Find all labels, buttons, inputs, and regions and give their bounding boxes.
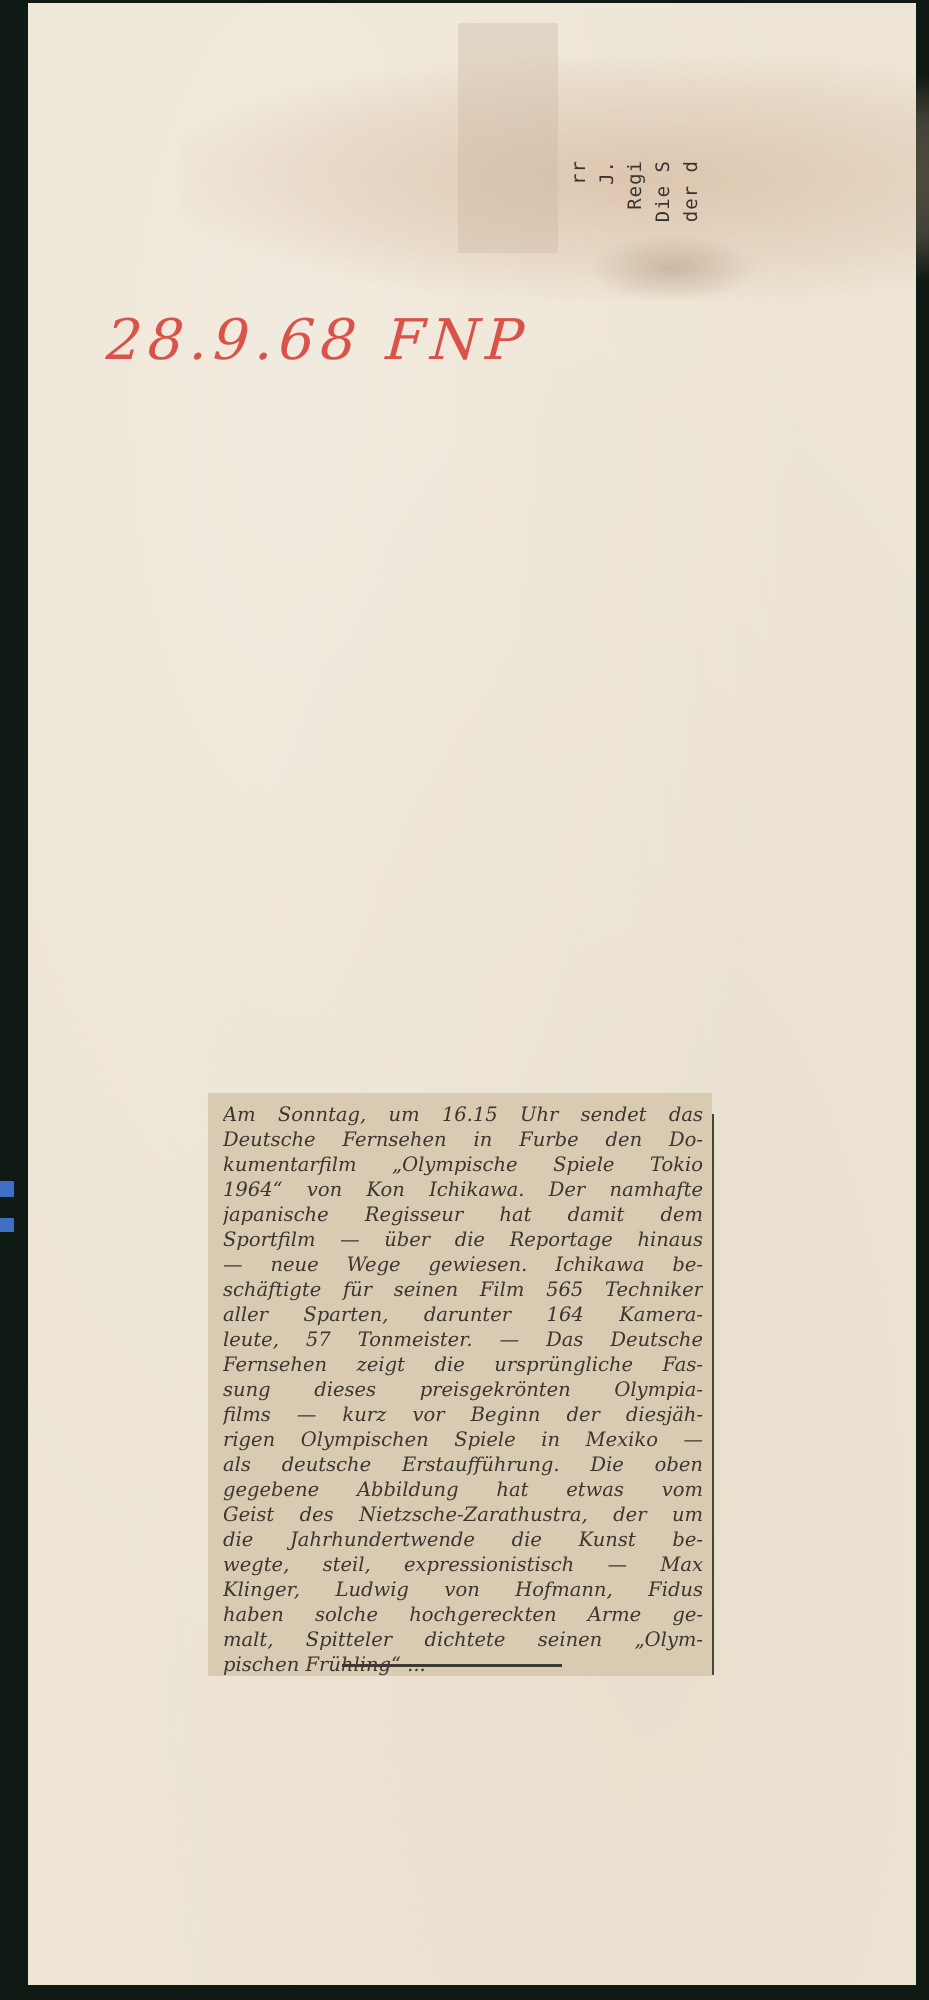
rotated-line: der d — [680, 160, 702, 222]
rotated-line: rr — [568, 160, 590, 185]
clipping-line: Sportfilm — über die Reportage hinaus — [223, 1227, 703, 1252]
clipping-line: sung dieses preisgekrönten Olympia- — [223, 1377, 703, 1402]
clipping-line: malt, Spitteler dichtete seinen „Olym- — [223, 1627, 703, 1652]
clipping-line: gegebene Abbildung hat etwas vom — [223, 1477, 703, 1502]
clipping-body: Am Sonntag, um 16.15 Uhr sendet das Deut… — [223, 1102, 703, 1677]
clipping-line: Am Sonntag, um 16.15 Uhr sendet das — [223, 1102, 703, 1127]
clipping-line: aller Sparten, darunter 164 Kamera- — [223, 1302, 703, 1327]
blue-tab-marker — [0, 1181, 14, 1197]
clipping-line: haben solche hochgereckten Arme ge- — [223, 1602, 703, 1627]
clipping-line: Klinger, Ludwig von Hofmann, Fidus — [223, 1577, 703, 1602]
handwritten-date-note: 28.9.68 FNP — [102, 313, 669, 413]
newspaper-clipping: Am Sonntag, um 16.15 Uhr sendet das Deut… — [209, 1094, 711, 1675]
scan-border — [0, 1985, 929, 2000]
clipping-line: rigen Olympischen Spiele in Mexiko — — [223, 1427, 703, 1452]
blue-tab-marker — [0, 1218, 14, 1232]
clipping-line: leute, 57 Tonmeister. — Das Deutsche — [223, 1327, 703, 1352]
rotated-text-fragment: der d Die S Regi J. rr — [540, 160, 700, 240]
clipping-line: 1964“ von Kon Ichikawa. Der namhafte — [223, 1177, 703, 1202]
clipping-line: Deutsche Fernsehen in Furbe den Do- — [223, 1127, 703, 1152]
clipping-line: Geist des Nietzsche-Zarathustra, der um — [223, 1502, 703, 1527]
clipping-line: — neue Wege gewiesen. Ichikawa be- — [223, 1252, 703, 1277]
rotated-line: Die S — [652, 160, 674, 222]
clipping-line: japanische Regisseur hat damit dem — [223, 1202, 703, 1227]
clipping-line: Fernsehen zeigt die ursprüngliche Fas- — [223, 1352, 703, 1377]
rotated-line: Regi — [624, 160, 646, 210]
clipping-line: schäftigte für seinen Film 565 Techniker — [223, 1277, 703, 1302]
end-rule — [342, 1664, 562, 1667]
clipping-line: die Jahrhundertwende die Kunst be- — [223, 1527, 703, 1552]
paper-stain-dark — [588, 233, 758, 303]
clipping-line: wegte, steil, expressionistisch — Max — [223, 1552, 703, 1577]
column-rule — [712, 1114, 714, 1675]
backing-paper — [28, 3, 916, 1985]
clipping-line: kumentarfilm „Olympische Spiele Tokio — [223, 1152, 703, 1177]
clipping-line: films — kurz vor Beginn der diesjäh- — [223, 1402, 703, 1427]
clipping-line: als deutsche Erstaufführung. Die oben — [223, 1452, 703, 1477]
rotated-line: J. — [596, 160, 618, 185]
